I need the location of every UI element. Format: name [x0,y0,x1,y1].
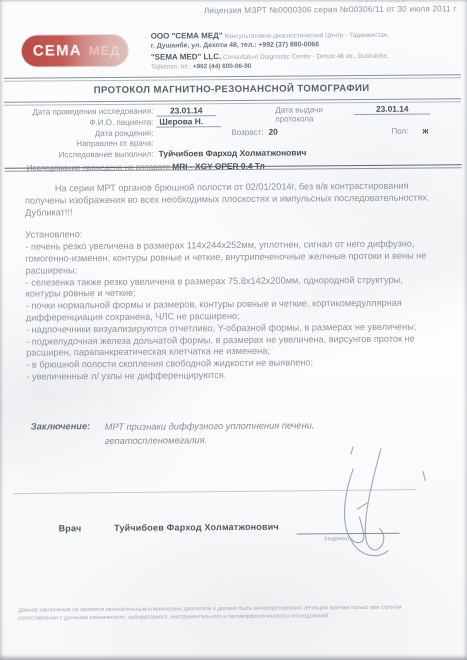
finding-item: - увеличенные л/ узлы не дифференцируютс… [26,368,438,383]
finding-item: - селезенка также резко увеличена в разм… [26,274,438,301]
finding-item: - печень резко увеличена в размерах 114х… [25,239,437,278]
paper-sheet: SEMA MED Лицензия МЗРТ №0000306 серия №0… [0,0,467,660]
sex-value: ж [422,125,428,135]
clinic-address-en: Tajikistan, tel.: [151,63,193,70]
conclusion-text: МРТ признаки диффузного уплотнения печен… [105,419,315,448]
logo-text-primary: СЕМА [33,42,82,59]
clinic-header: ООО "СЕМА МЕД" Консультативно-диагностич… [151,29,457,71]
doctor-name: Туйчибоев Фарход Холматжонович [114,522,279,533]
handwritten-signature [327,444,430,563]
doctor-line: Врач Туйчибоев Фарход Холматжонович [59,522,279,534]
document-title: ПРОТОКОЛ МАГНИТНО-РЕЗОНАНСНОЙ ТОМОГРАФИИ [0,82,465,97]
finding-item: - поджелудочная железа дольчатой формы, … [26,333,438,360]
date-study-value: 23.01.14 [156,105,216,116]
conclusion-label: Заключение: [31,421,105,449]
clinic-phone-en: +992 (44) 600-06-90 [193,63,252,70]
clinic-address-en-line: Tajikistan, tel.: +992 (44) 600-06-90 [151,60,457,71]
birth-date-label: Дата рождения: [0,129,153,139]
report-intro: На серии МРТ органов брюшной полости от … [25,180,437,219]
performer-label: Исследование выполнил: [0,150,154,160]
corner-watermark: SEMA MED [358,0,408,4]
license-line: Лицензия МЗРТ №0000306 серия №00306/11 о… [77,4,456,16]
finding-item: - почки нормальной формы и размеров, кон… [26,298,438,325]
scanned-mri-protocol-page: SEMA MED Лицензия МЗРТ №0000306 серия №0… [0,0,467,660]
logo-text-secondary: МЕД [89,43,121,58]
clinic-desc-en: Consultative Diagnostic Center - Dehoti … [223,53,389,61]
age-label: Возраст: [231,128,267,137]
clinic-address-ru: г. Душанбе, ул. Дехоти 48, тел.: +992 (3… [151,39,457,50]
patient-value: Шерова Н. [156,116,221,128]
sema-med-logo: СЕМА МЕД [22,35,128,67]
doctor-label: Врач [59,523,82,533]
disclaimer-text: Данное заключение не является окончатель… [18,605,410,623]
clinic-desc-ru: Консультативно-диагностический Центр - Т… [224,32,389,40]
clinic-name-ru: ООО "СЕМА МЕД" [151,31,223,41]
referrer-label: Направлен от врача: [0,139,154,149]
report-body: На серии МРТ органов брюшной полости от … [25,180,439,383]
performer-value: Туйчибоев Фарход Холматжонович [159,147,307,158]
conclusion-line-2: гепатоспленомегалия. [105,433,315,448]
conclusion-line-1: МРТ признаки диффузного уплотнения печен… [105,419,315,434]
age-value: 20 [268,127,277,137]
date-protocol-value: 23.01.14 [354,103,430,115]
clinic-name-en: "SEMA MED" LLC. [151,52,221,62]
date-study-label: Дата проведения исследования: [0,107,153,117]
divider-top [4,74,461,81]
patient-label: Ф.И.О. пациента: [0,118,153,128]
sex-label: Пол: [391,127,413,136]
